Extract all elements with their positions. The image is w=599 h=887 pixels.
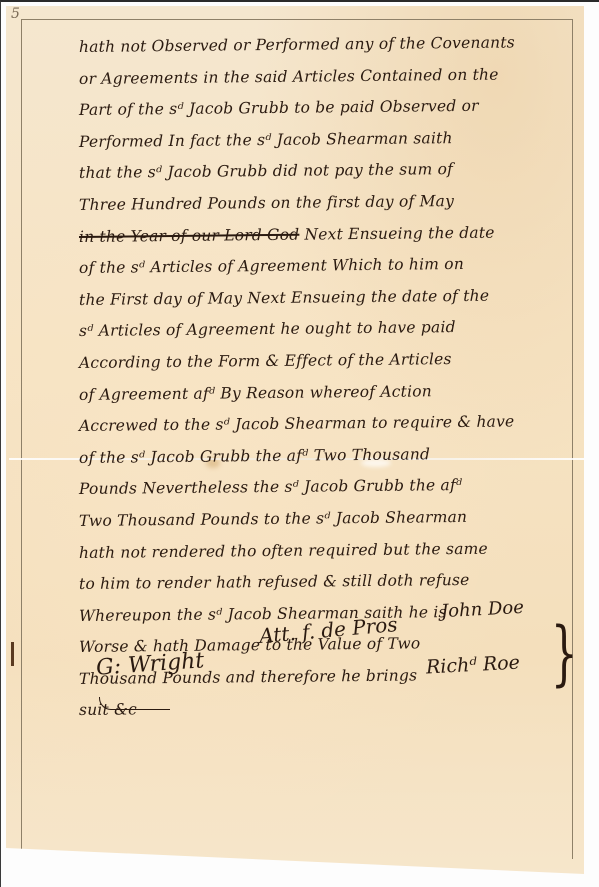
text-line: sᵈ Articles of Agreement he ought to hav…: [79, 311, 579, 348]
text-line: Three Hundred Pounds on the first day of…: [79, 185, 579, 222]
brace-bracket: }: [551, 612, 578, 694]
text-line: According to the Form & Effect of the Ar…: [79, 343, 579, 380]
text-line: hath not Observed or Performed any of th…: [79, 27, 579, 64]
margin-mark: [11, 642, 14, 666]
struck-text: in the Year of our Lord God: [79, 225, 300, 245]
text-line: to him to render hath refused & still do…: [79, 564, 579, 601]
text-line: that the sᵈ Jacob Grubb did not pay the …: [79, 153, 579, 190]
text-line: Part of the sᵈ Jacob Grubb to be paid Ob…: [79, 90, 579, 127]
text-line: Two Thousand Pounds to the sᵈ Jacob Shea…: [79, 501, 579, 538]
text-continuation: Next Ensueing the date: [299, 223, 494, 243]
scan-frame: 5 hath not Observed or Performed any of …: [0, 0, 599, 887]
signature-flourish: [99, 697, 170, 710]
signature-pledge-john-doe: John Doe: [441, 597, 525, 622]
margin-page-number: 5: [11, 6, 20, 22]
text-line: Pounds Nevertheless the sᵈ Jacob Grubb t…: [79, 469, 579, 506]
text-line: Accrewed to the sᵈ Jacob Shearman to req…: [79, 406, 579, 443]
text-line: of the sᵈ Articles of Agreement Which to…: [79, 248, 579, 285]
